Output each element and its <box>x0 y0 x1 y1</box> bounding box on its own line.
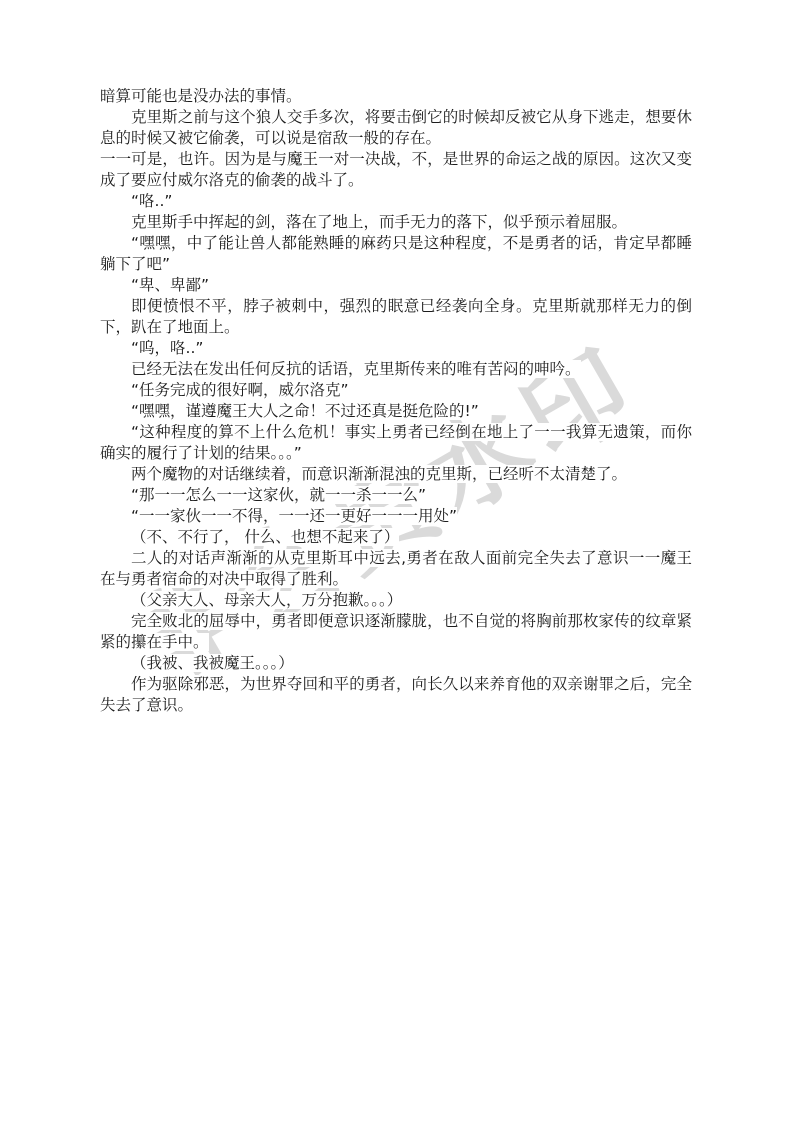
paragraph-text: “嘿嘿，中了能让兽人都能熟睡的麻药只是这种程度，不是勇者的话，肯定早都睡躺下了吧… <box>100 234 692 273</box>
paragraph-text: 即便愤恨不平，脖子被刺中，强烈的眠意已经袭向全身。克里斯就那样无力的倒下，趴在了… <box>100 297 692 336</box>
paragraph: “那一一怎么一一这家伙，就一一杀一一么” <box>100 485 692 506</box>
paragraph: 一一可是，也许。因为是与魔王一对一决战，不，是世界的命运之战的原因。这次又变成了… <box>100 149 692 191</box>
paragraph: “嘿嘿，谨遵魔王大人之命！不过还真是挺危险的!” <box>100 401 692 422</box>
paragraph-text: 完全败北的屈辱中，勇者即便意识逐渐朦胧，也不自觉的将胸前那枚家传的纹章紧紧的攥在… <box>100 612 692 651</box>
paragraph: （我被、我被魔王。。。） <box>100 653 692 674</box>
paragraph: “这种程度的算不上什么危机！事实上勇者已经倒在地上了一一我算无遗策，而你确实的履… <box>100 422 692 464</box>
paragraph-text: “一一家伙一一不得，一一还一更好一一一用处” <box>131 507 457 525</box>
paragraph-text: 克里斯之前与这个狼人交手多次，将要击倒它的时候却反被它从身下逃走，想要休息的时候… <box>100 108 692 147</box>
paragraph: “卑、卑鄙” <box>100 275 692 296</box>
paragraph-text: “这种程度的算不上什么危机！事实上勇者已经倒在地上了一一我算无遗策，而你确实的履… <box>100 423 692 462</box>
paragraph: “呜，咯..” <box>100 338 692 359</box>
paragraph: “嘿嘿，中了能让兽人都能熟睡的麻药只是这种程度，不是勇者的话，肯定早都睡躺下了吧… <box>100 233 692 275</box>
paragraph: 两个魔物的对话继续着，而意识渐渐混浊的克里斯，已经听不太清楚了。 <box>100 464 692 485</box>
paragraph: “一一家伙一一不得，一一还一更好一一一用处” <box>100 506 692 527</box>
paragraph-text: （不、不行了， 什么、也想不起来了） <box>131 528 399 546</box>
paragraph-text: （我被、我被魔王。。。） <box>131 654 294 672</box>
paragraph: 二人的对话声渐渐的从克里斯耳中远去,勇者在敌人面前完全失去了意识一一魔王在与勇者… <box>100 548 692 590</box>
paragraph-text: “咯..” <box>131 192 172 210</box>
paragraph-text: 暗算可能也是没办法的事情。 <box>100 87 302 105</box>
paragraph: 即便愤恨不平，脖子被刺中，强烈的眠意已经袭向全身。克里斯就那样无力的倒下，趴在了… <box>100 296 692 338</box>
paragraph-text: “呜，咯..” <box>131 339 203 357</box>
paragraph-text: “嘿嘿，谨遵魔王大人之命！不过还真是挺危险的!” <box>131 402 479 420</box>
paragraph-text: （父亲大人、母亲大人，万分抱歉。。。） <box>131 591 402 609</box>
paragraph-text: 两个魔物的对话继续着，而意识渐渐混浊的克里斯，已经听不太清楚了。 <box>131 465 627 483</box>
document-page: 非会贵水印 暗算可能也是没办法的事情。 克里斯之前与这个狼人交手多次，将要击倒它… <box>0 0 793 1122</box>
paragraph: （父亲大人、母亲大人，万分抱歉。。。） <box>100 590 692 611</box>
paragraph: 克里斯之前与这个狼人交手多次，将要击倒它的时候却反被它从身下逃走，想要休息的时候… <box>100 107 692 149</box>
paragraph: 克里斯手中挥起的剑，落在了地上，而手无力的落下，似乎预示着屈服。 <box>100 212 692 233</box>
paragraph-text: 已经无法在发出任何反抗的话语，克里斯传来的唯有苦闷的呻吟。 <box>131 360 581 378</box>
paragraph-text: “那一一怎么一一这家伙，就一一杀一一么” <box>131 486 426 504</box>
paragraph: 已经无法在发出任何反抗的话语，克里斯传来的唯有苦闷的呻吟。 <box>100 359 692 380</box>
paragraph: 完全败北的屈辱中，勇者即便意识逐渐朦胧，也不自觉的将胸前那枚家传的纹章紧紧的攥在… <box>100 611 692 653</box>
paragraph-text: “任务完成的很好啊，威尔洛克” <box>131 381 349 399</box>
paragraph-text: “卑、卑鄙” <box>131 276 209 294</box>
paragraph: （不、不行了， 什么、也想不起来了） <box>100 527 692 548</box>
paragraph-text: 一一可是，也许。因为是与魔王一对一决战，不，是世界的命运之战的原因。这次又变成了… <box>100 150 692 189</box>
paragraph-text: 克里斯手中挥起的剑，落在了地上，而手无力的落下，似乎预示着屈服。 <box>131 213 627 231</box>
paragraph: 暗算可能也是没办法的事情。 <box>100 86 692 107</box>
text-block: 暗算可能也是没办法的事情。 克里斯之前与这个狼人交手多次，将要击倒它的时候却反被… <box>100 86 692 716</box>
paragraph-text: 二人的对话声渐渐的从克里斯耳中远去,勇者在敌人面前完全失去了意识一一魔王在与勇者… <box>100 549 692 588</box>
paragraph: 作为驱除邪恶，为世界夺回和平的勇者，向长久以来养育他的双亲谢罪之后，完全失去了意… <box>100 674 692 716</box>
paragraph: “任务完成的很好啊，威尔洛克” <box>100 380 692 401</box>
paragraph: “咯..” <box>100 191 692 212</box>
paragraph-text: 作为驱除邪恶，为世界夺回和平的勇者，向长久以来养育他的双亲谢罪之后，完全失去了意… <box>100 675 692 714</box>
